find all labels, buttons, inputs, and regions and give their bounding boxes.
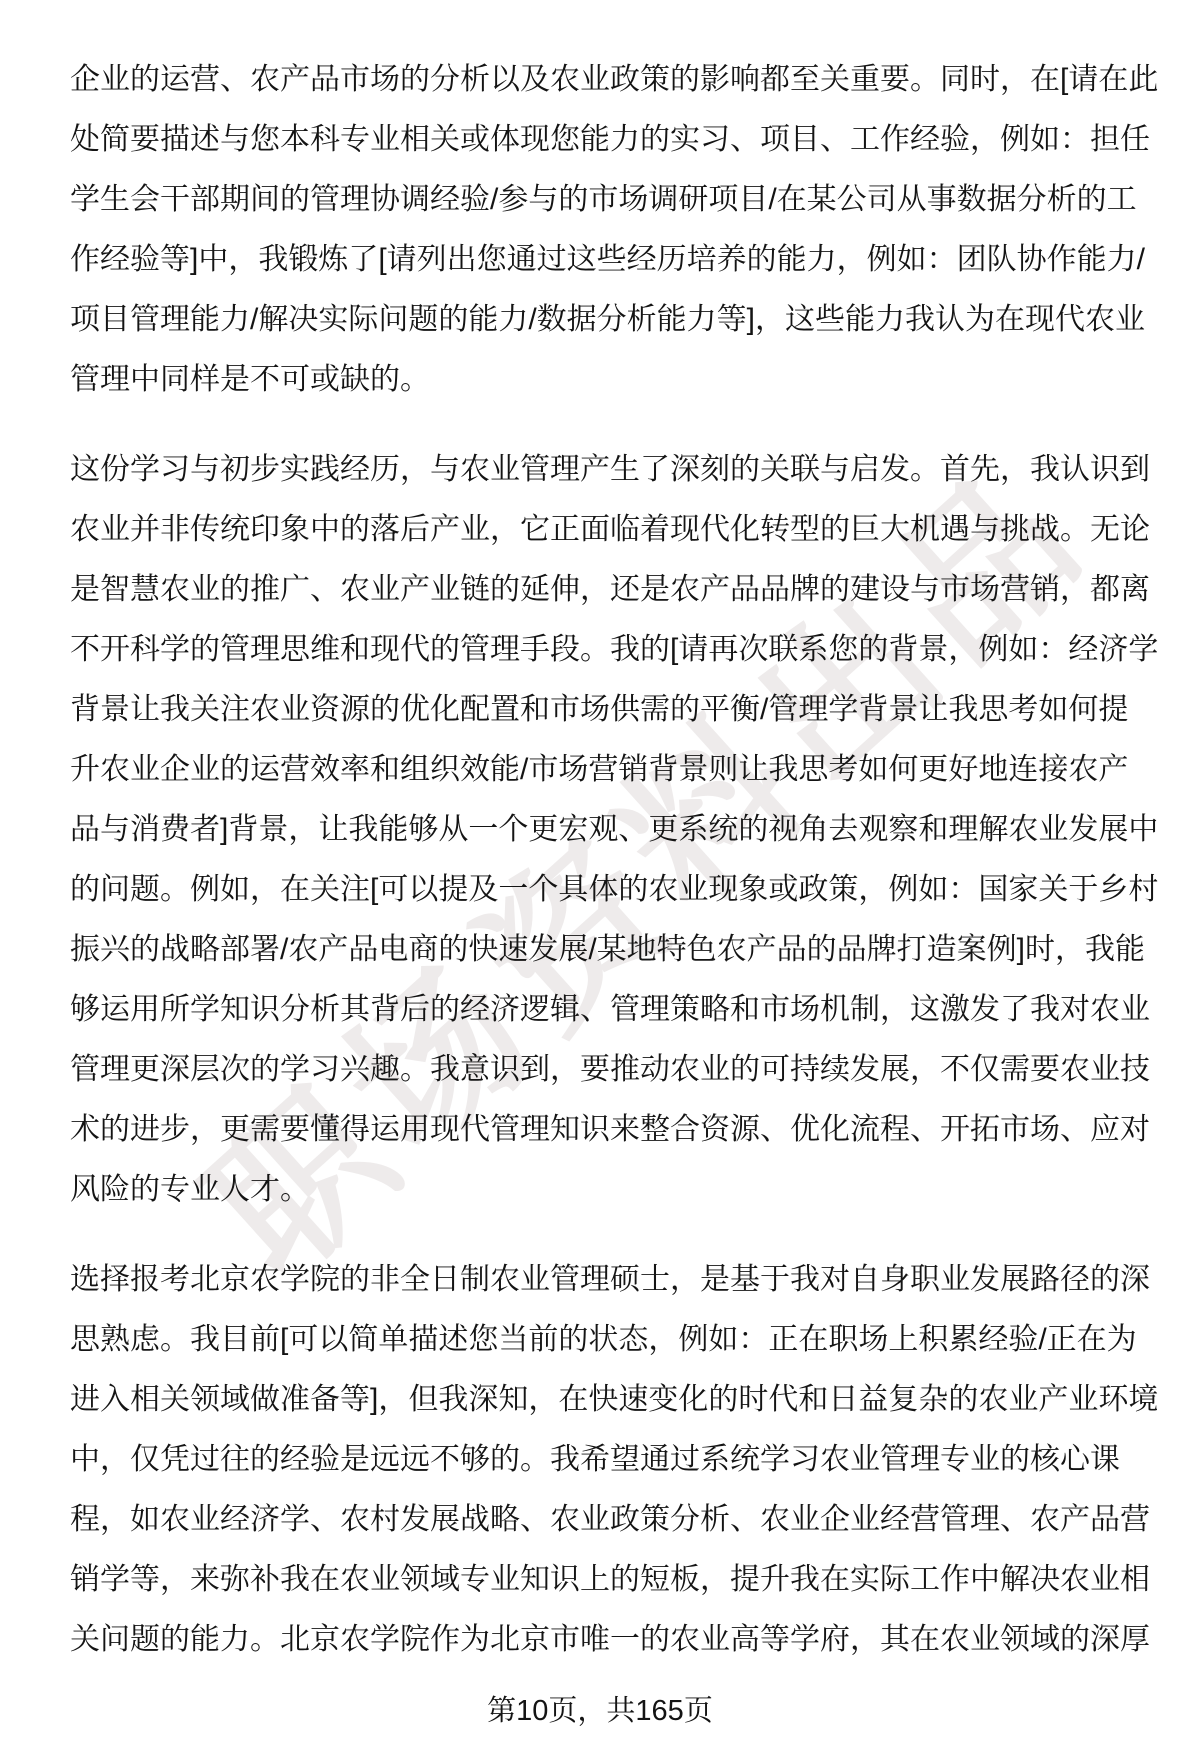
document-page: 职场资料出品 企业的运营、农产品市场的分析以及农业政策的影响都至关重要。同时，在…: [0, 0, 1200, 1755]
page-footer: 第10页，共165页: [0, 1693, 1200, 1729]
paragraph-3: 选择报考北京农学院的非全日制农业管理硕士，是基于我对自身职业发展路径的深 思熟虑…: [70, 1250, 1185, 1670]
page-number-label: 第10页，共165页: [487, 1695, 713, 1727]
paragraph-2: 这份学习与初步实践经历，与农业管理产生了深刻的关联与启发。首先，我认识到 农业并…: [70, 440, 1185, 1220]
document-body: 企业的运营、农产品市场的分析以及农业政策的影响都至关重要。同时，在[请在此 处简…: [70, 50, 1185, 1700]
paragraph-1: 企业的运营、农产品市场的分析以及农业政策的影响都至关重要。同时，在[请在此 处简…: [70, 50, 1185, 410]
